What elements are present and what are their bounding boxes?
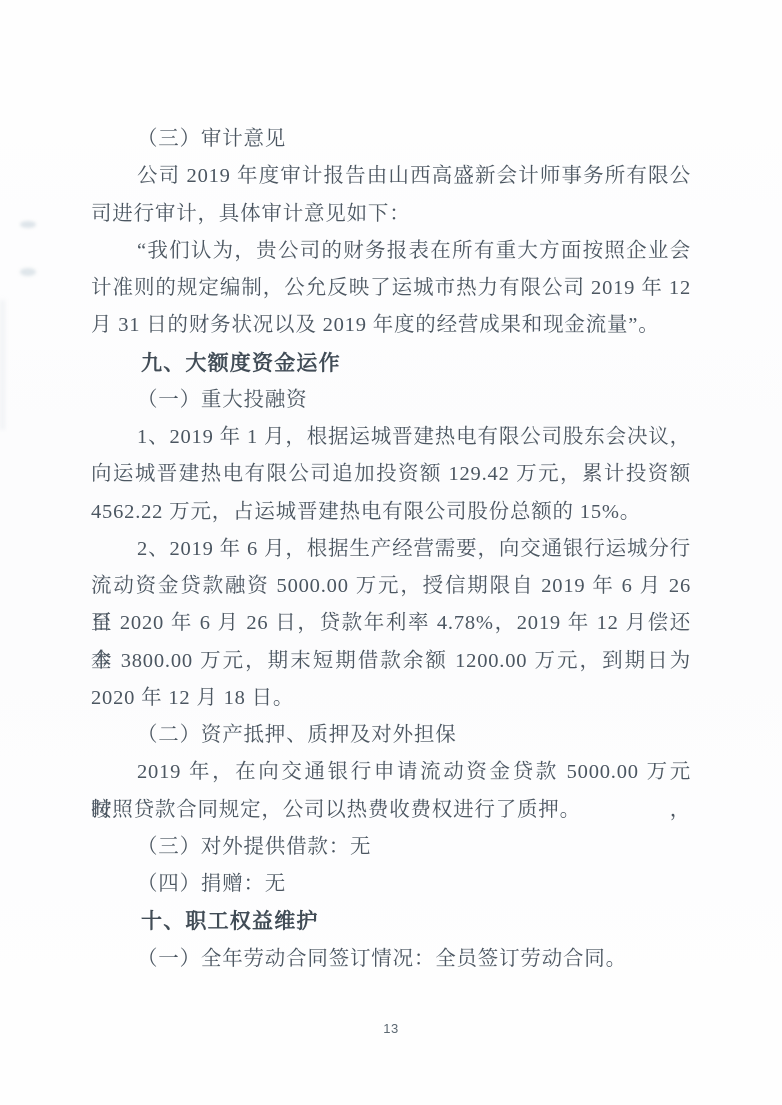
text-line: 向运城晋建热电有限公司追加投资额 129.42 万元，累计投资额	[91, 456, 691, 493]
text-line: 2020 年 12 月 18 日。	[91, 680, 691, 717]
scanned-document-page: （三）审计意见公司 2019 年度审计报告由山西高盛新会计师事务所有限公司进行审…	[0, 0, 782, 1105]
text-line: （三）审计意见	[91, 121, 691, 158]
text-line: （四）捐赠：无	[91, 866, 691, 903]
text-line: 计准则的规定编制，公允反映了运城市热力有限公司 2019 年 12	[91, 270, 691, 307]
document-body: （三）审计意见公司 2019 年度审计报告由山西高盛新会计师事务所有限公司进行审…	[91, 121, 691, 978]
text-line: （三）对外提供借款：无	[91, 829, 691, 866]
scan-smudge	[20, 221, 36, 228]
text-line: 至 2020 年 6 月 26 日，贷款年利率 4.78%，2019 年 12 …	[91, 605, 691, 642]
text-line: 2019 年，在向交通银行申请流动资金贷款 5000.00 万元时，	[91, 754, 691, 791]
text-line: （一）重大投融资	[91, 382, 691, 419]
text-line: 司进行审计，具体审计意见如下：	[91, 196, 691, 233]
text-line: 2、2019 年 6 月，根据生产经营需要，向交通银行运城分行	[91, 531, 691, 568]
text-line: 公司 2019 年度审计报告由山西高盛新会计师事务所有限公	[91, 158, 691, 195]
section-heading-line: 九、大额度资金运作	[91, 345, 691, 382]
text-line: （一）全年劳动合同签订情况：全员签订劳动合同。	[91, 941, 691, 978]
page-number: 13	[0, 1021, 782, 1036]
text-line: （二）资产抵押、质押及对外担保	[91, 717, 691, 754]
text-line: 1、2019 年 1 月，根据运城晋建热电有限公司股东会决议，	[91, 419, 691, 456]
text-line: 流动资金贷款融资 5000.00 万元，授信期限自 2019 年 6 月 26 …	[91, 568, 691, 605]
section-heading-line: 十、职工权益维护	[91, 903, 691, 940]
text-line: “我们认为，贵公司的财务报表在所有重大方面按照企业会	[91, 233, 691, 270]
text-line: 月 31 日的财务状况以及 2019 年度的经营成果和现金流量”。	[91, 307, 691, 344]
scan-smudge	[20, 268, 36, 276]
text-line: 金 3800.00 万元，期末短期借款余额 1200.00 万元，到期日为	[91, 643, 691, 680]
text-line: 4562.22 万元，占运城晋建热电有限公司股份总额的 15%。	[91, 494, 691, 531]
scan-edge-artifact	[0, 300, 5, 430]
